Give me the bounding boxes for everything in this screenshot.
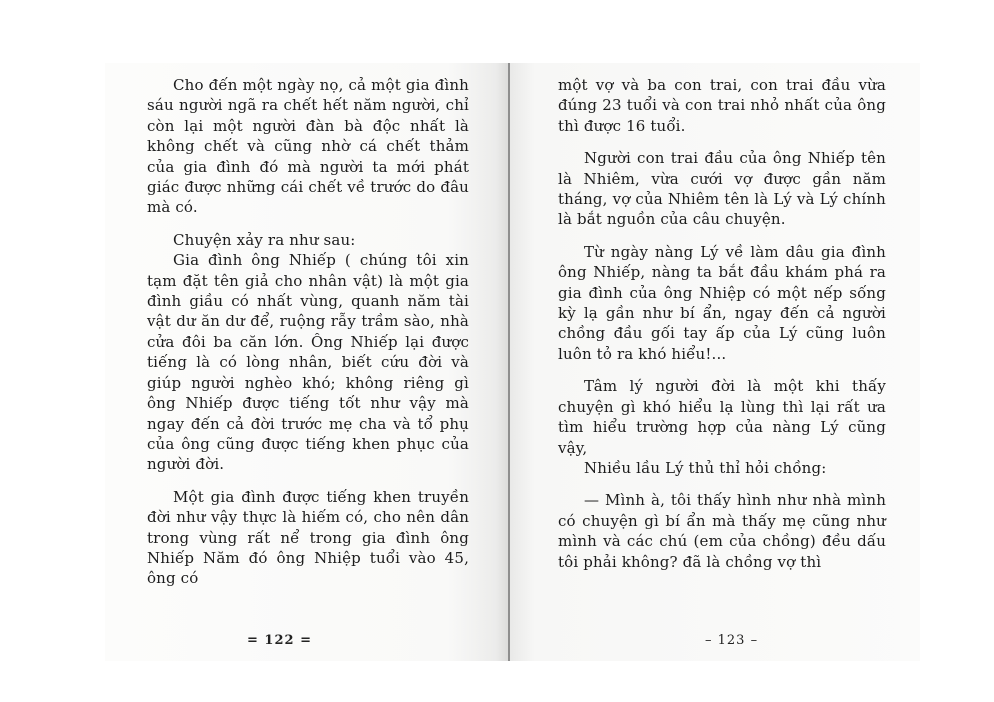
right-page-text: một vợ và ba con trai, con trai đầu vừa … (558, 75, 886, 572)
paragraph: Nhiều lầu Lý thủ thỉ hỏi chồng: (558, 458, 886, 478)
left-page: Cho đến một ngày nọ, cả một gia đình sáu… (105, 63, 508, 661)
page-number: – 123 – (705, 633, 758, 648)
page-number: = 122 = (247, 633, 312, 648)
paragraph: Chuyện xảy ra như sau: (147, 230, 469, 250)
left-page-text: Cho đến một ngày nọ, cả một gia đình sáu… (147, 75, 469, 589)
paragraph: Một gia đình được tiếng khen truyền đời … (147, 487, 469, 589)
paragraph: Tâm lý người đời là một khi thấy chuyện … (558, 376, 886, 458)
paragraph: Gia đình ông Nhiếp ( chúng tôi xin tạm đ… (147, 250, 469, 474)
paragraph: — Mình à, tôi thấy hình như nhà mình có … (558, 490, 886, 572)
paragraph: Từ ngày nàng Lý về làm dâu gia đình ông … (558, 242, 886, 364)
right-page: một vợ và ba con trai, con trai đầu vừa … (510, 63, 920, 661)
paragraph: một vợ và ba con trai, con trai đầu vừa … (558, 75, 886, 136)
paragraph: Người con trai đầu của ông Nhiếp tên là … (558, 148, 886, 230)
book-spread: Cho đến một ngày nọ, cả một gia đình sáu… (105, 63, 920, 661)
paragraph: Cho đến một ngày nọ, cả một gia đình sáu… (147, 75, 469, 218)
